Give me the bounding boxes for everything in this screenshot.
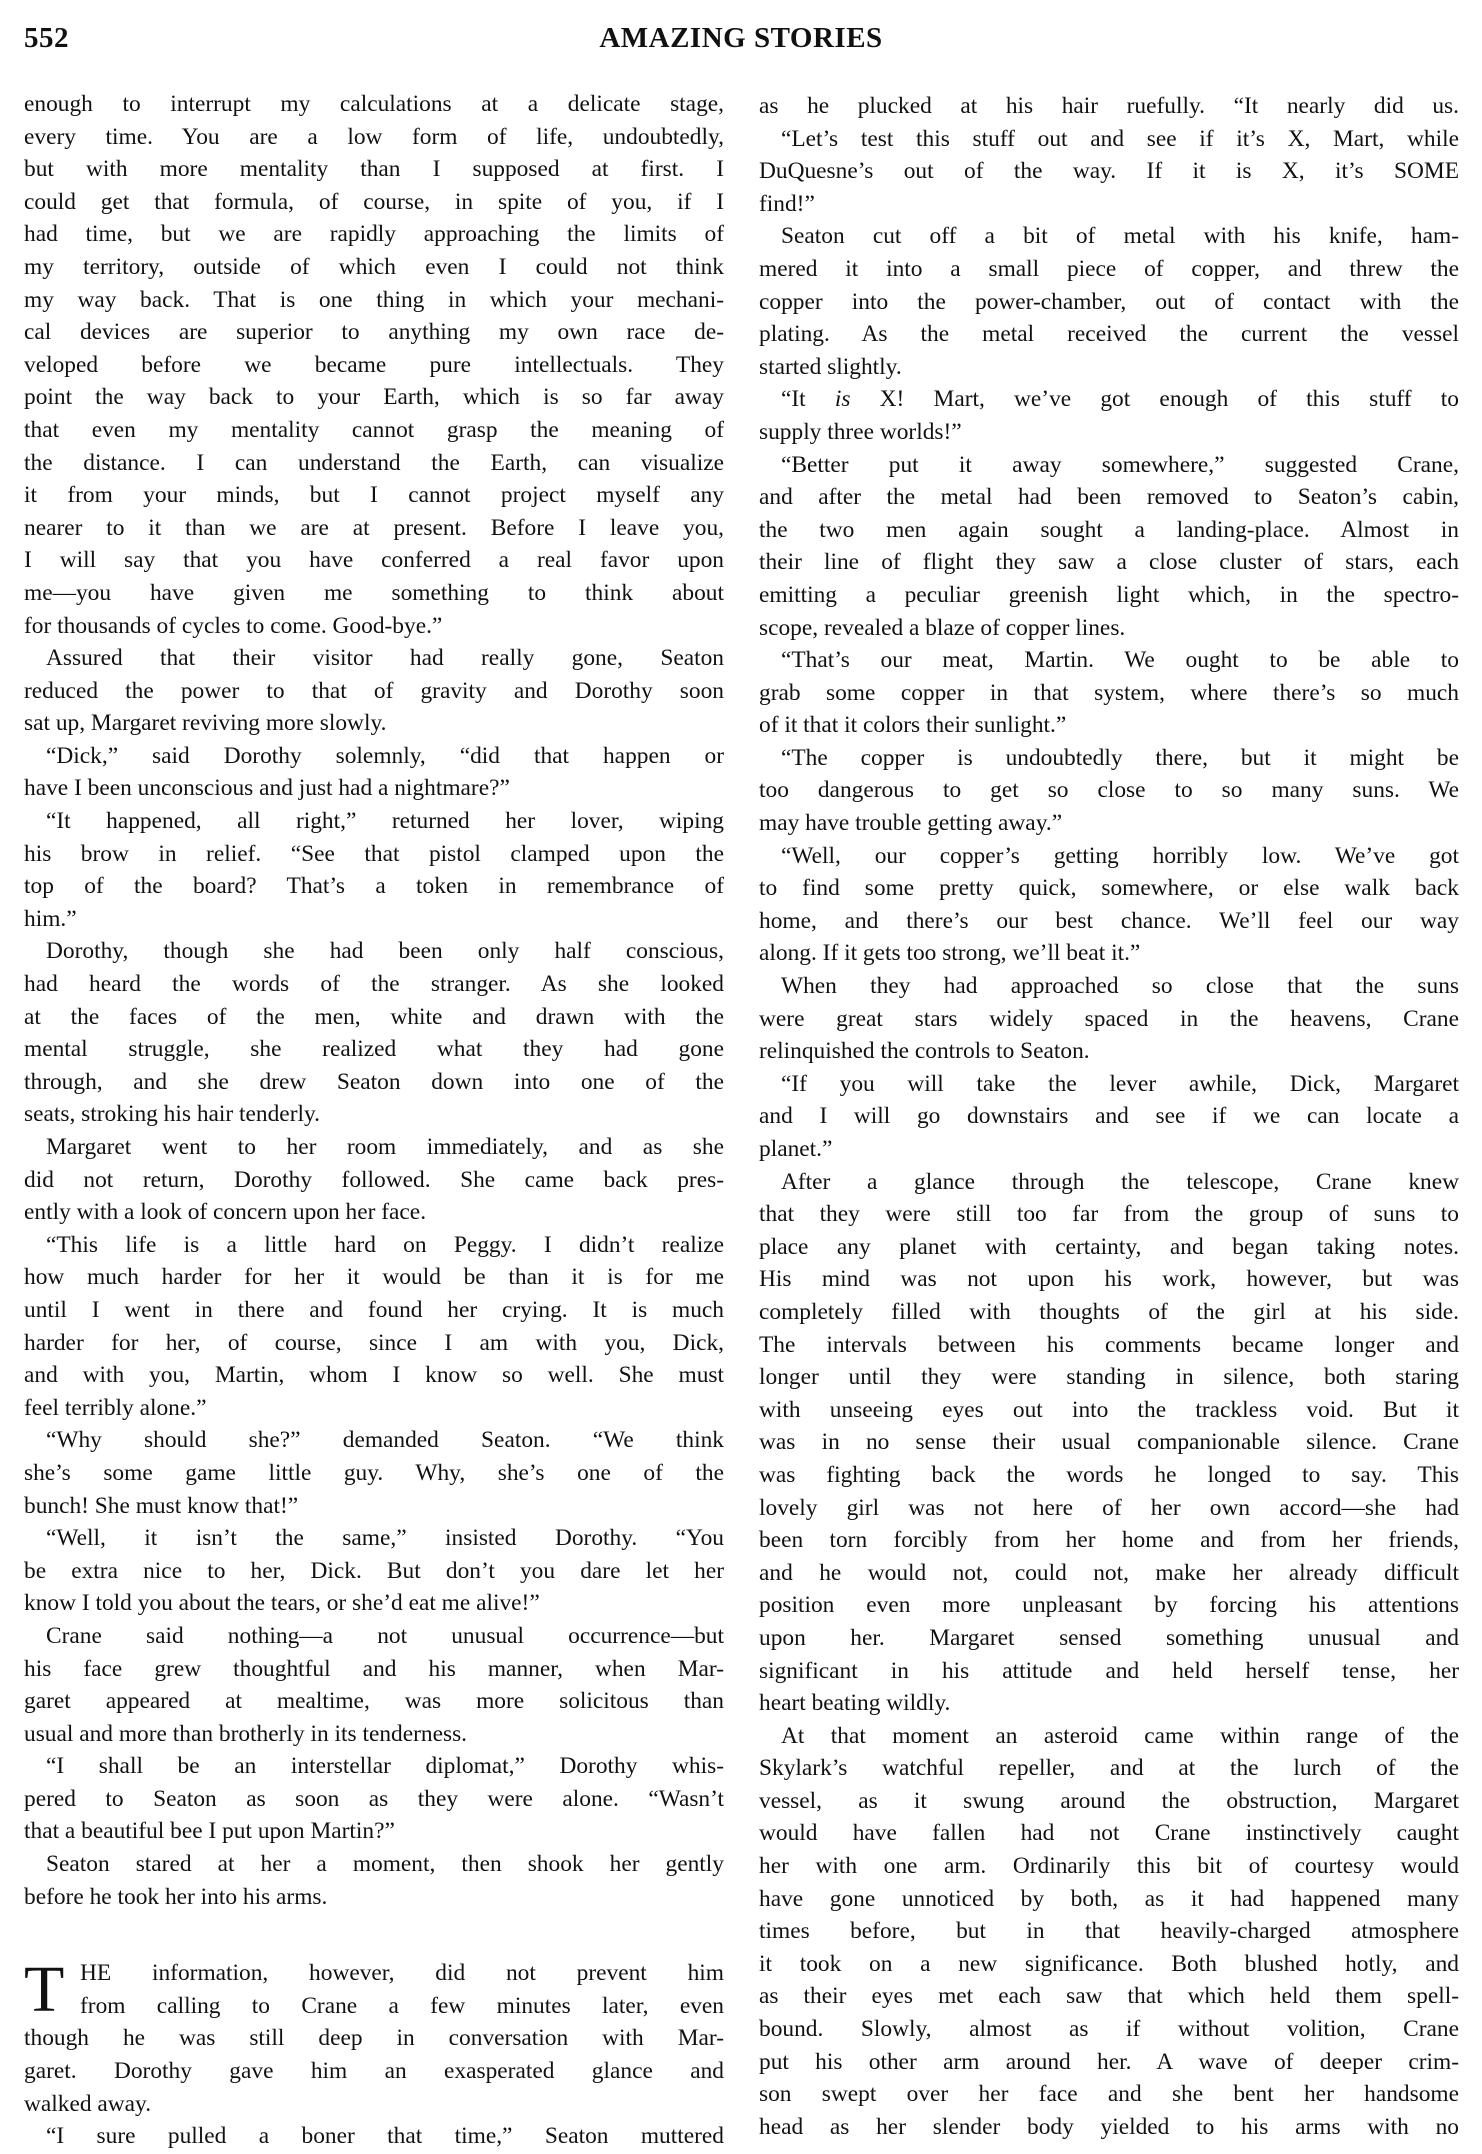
text-line: have I been unconscious and just had a n… bbox=[24, 772, 724, 805]
text-line: but with more mentality than I supposed … bbox=[24, 153, 724, 186]
text-line: head as her slender body yielded to his … bbox=[759, 2111, 1459, 2144]
text-line: His mind was not upon his work, however,… bbox=[759, 1263, 1459, 1296]
text-line: Skylark’s watchful repeller, and at the … bbox=[759, 1752, 1459, 1785]
text-line: HE information, however, did not prevent… bbox=[24, 1957, 724, 1990]
text-line: Margaret went to her room immediately, a… bbox=[24, 1131, 724, 1164]
text-line: cal devices are superior to anything my … bbox=[24, 316, 724, 349]
text-line: was fighting back the words he longed to… bbox=[759, 1459, 1459, 1492]
text-line: feel terribly alone.” bbox=[24, 1392, 724, 1425]
text-line: know I told you about the tears, or she’… bbox=[24, 1587, 724, 1620]
text-line: until I went in there and found her cryi… bbox=[24, 1294, 724, 1327]
text-line: had time, but we are rapidly approaching… bbox=[24, 218, 724, 251]
text-line: supply three worlds!” bbox=[759, 416, 1459, 449]
text-line: my territory, outside of which even I co… bbox=[24, 251, 724, 284]
text-line: how much harder for her it would be than… bbox=[24, 1261, 724, 1294]
text-line: she’s some game little guy. Why, she’s o… bbox=[24, 1457, 724, 1490]
text-line: find!” bbox=[759, 188, 1459, 221]
text-line: from calling to Crane a few minutes late… bbox=[24, 1990, 724, 2023]
left-column: enough to interrupt my calculations at a… bbox=[24, 88, 724, 2153]
text-line: completely filled with thoughts of the g… bbox=[759, 1296, 1459, 1329]
text-line: garet. Dorothy gave him an exasperated g… bbox=[24, 2055, 724, 2088]
drop-cap: T bbox=[24, 1961, 64, 2019]
text-line: At that moment an asteroid came within r… bbox=[759, 1720, 1459, 1753]
text-line: and I will go downstairs and see if we c… bbox=[759, 1100, 1459, 1133]
text-line: top of the board? That’s a token in reme… bbox=[24, 870, 724, 903]
section-gap bbox=[24, 1913, 724, 1957]
text-line: mered it into a small piece of copper, a… bbox=[759, 253, 1459, 286]
text-line: and he would not, could not, make her al… bbox=[759, 1557, 1459, 1590]
text-line: plating. As the metal received the curre… bbox=[759, 318, 1459, 351]
text-line: Seaton cut off a bit of metal with his k… bbox=[759, 220, 1459, 253]
text-line: “I sure pulled a boner that time,” Seato… bbox=[24, 2120, 724, 2153]
text-line: copper into the power-chamber, out of co… bbox=[759, 286, 1459, 319]
text-line: heart beating wildly. bbox=[759, 1687, 1459, 1720]
text-line: seats, stroking his hair tenderly. bbox=[24, 1098, 724, 1131]
text-line: grab some copper in that system, where t… bbox=[759, 677, 1459, 710]
text-line: After a glance through the telescope, Cr… bbox=[759, 1166, 1459, 1199]
right-column: as he plucked at his hair ruefully. “It … bbox=[759, 90, 1459, 2143]
text-line: “Let’s test this stuff out and see if it… bbox=[759, 123, 1459, 156]
text-line: son swept over her face and she bent her… bbox=[759, 2078, 1459, 2111]
text-line: that they were still too far from the gr… bbox=[759, 1198, 1459, 1231]
text-line: “If you will take the lever awhile, Dick… bbox=[759, 1068, 1459, 1101]
text-line: would have fallen had not Crane instinct… bbox=[759, 1817, 1459, 1850]
text-line: lovely girl was not here of her own acco… bbox=[759, 1492, 1459, 1525]
text-line: mental struggle, she realized what they … bbox=[24, 1033, 724, 1066]
text-line: though he was still deep in conversation… bbox=[24, 2022, 724, 2055]
text-line: started slightly. bbox=[759, 351, 1459, 384]
text-line: The intervals between his comments becam… bbox=[759, 1329, 1459, 1362]
text-line: relinquished the controls to Seaton. bbox=[759, 1035, 1459, 1068]
text-line: pered to Seaton as soon as they were alo… bbox=[24, 1783, 724, 1816]
text-line: Seaton stared at her a moment, then shoo… bbox=[24, 1848, 724, 1881]
text-line: the two men again sought a landing-place… bbox=[759, 514, 1459, 547]
text-line: did not return, Dorothy followed. She ca… bbox=[24, 1164, 724, 1197]
text-line: me—you have given me something to think … bbox=[24, 577, 724, 610]
text-line: nearer to it than we are at present. Bef… bbox=[24, 512, 724, 545]
text-line: planet.” bbox=[759, 1133, 1459, 1166]
text-line: his brow in relief. “See that pistol cla… bbox=[24, 838, 724, 871]
text-line: Assured that their visitor had really go… bbox=[24, 642, 724, 675]
text-line: of it that it colors their sunlight.” bbox=[759, 709, 1459, 742]
text-line: and with you, Martin, whom I know so wel… bbox=[24, 1359, 724, 1392]
text-line: “It happened, all right,” returned her l… bbox=[24, 805, 724, 838]
text-line: When they had approached so close that t… bbox=[759, 970, 1459, 1003]
text-line: veloped before we became pure intellectu… bbox=[24, 349, 724, 382]
magazine-title: AMAZING STORIES bbox=[24, 22, 1458, 55]
text-line: along. If it gets too strong, we’ll beat… bbox=[759, 937, 1459, 970]
text-line: DuQuesne’s out of the way. If it is X, i… bbox=[759, 155, 1459, 188]
text-line: garet appeared at mealtime, was more sol… bbox=[24, 1685, 724, 1718]
text-line: put his other arm around her. A wave of … bbox=[759, 2046, 1459, 2079]
text-line: “The copper is undoubtedly there, but it… bbox=[759, 742, 1459, 775]
text-line: sat up, Margaret reviving more slowly. bbox=[24, 707, 724, 740]
text-line: her with one arm. Ordinarily this bit of… bbox=[759, 1850, 1459, 1883]
text-line: that even my mentality cannot grasp the … bbox=[24, 414, 724, 447]
text-line: point the way back to your Earth, which … bbox=[24, 381, 724, 414]
text-line: “Dick,” said Dorothy solemnly, “did that… bbox=[24, 740, 724, 773]
text-line: Crane said nothing—a not unusual occurre… bbox=[24, 1620, 724, 1653]
text-line: their line of flight they saw a close cl… bbox=[759, 546, 1459, 579]
text-line: upon her. Margaret sensed something unus… bbox=[759, 1622, 1459, 1655]
text-line: were great stars widely spaced in the he… bbox=[759, 1003, 1459, 1036]
text-line: scope, revealed a blaze of copper lines. bbox=[759, 612, 1459, 645]
text-line: was in no sense their usual companionabl… bbox=[759, 1426, 1459, 1459]
text-line: “Well, our copper’s getting horribly low… bbox=[759, 840, 1459, 873]
text-line: Dorothy, though she had been only half c… bbox=[24, 935, 724, 968]
text-line: as he plucked at his hair ruefully. “It … bbox=[759, 90, 1459, 123]
text-line: significant in his attitude and held her… bbox=[759, 1655, 1459, 1688]
text-line: to find some pretty quick, somewhere, or… bbox=[759, 872, 1459, 905]
text-line: ently with a look of concern upon her fa… bbox=[24, 1196, 724, 1229]
text-line: my way back. That is one thing in which … bbox=[24, 284, 724, 317]
text-line: place any planet with certainty, and beg… bbox=[759, 1231, 1459, 1264]
running-header: 552 AMAZING STORIES bbox=[24, 10, 1458, 54]
text-line: bunch! She must know that!” bbox=[24, 1490, 724, 1523]
text-line: walked away. bbox=[24, 2088, 724, 2121]
text-line: position even more unpleasant by forcing… bbox=[759, 1589, 1459, 1622]
text-line: enough to interrupt my calculations at a… bbox=[24, 88, 724, 121]
text-line: “Well, it isn’t the same,” insisted Doro… bbox=[24, 1522, 724, 1555]
text-line: every time. You are a low form of life, … bbox=[24, 121, 724, 154]
text-line: it from your minds, but I cannot project… bbox=[24, 479, 724, 512]
text-line: vessel, as it swung around the obstructi… bbox=[759, 1785, 1459, 1818]
text-line: at the faces of the men, white and drawn… bbox=[24, 1001, 724, 1034]
text-line: “It is X! Mart, we’ve got enough of this… bbox=[759, 383, 1459, 416]
text-line: home, and there’s our best chance. We’ll… bbox=[759, 905, 1459, 938]
text-line: harder for her, of course, since I am wi… bbox=[24, 1327, 724, 1360]
text-line: longer until they were standing in silen… bbox=[759, 1361, 1459, 1394]
text-line: emitting a peculiar greenish light which… bbox=[759, 579, 1459, 612]
text-line: reduced the power to that of gravity and… bbox=[24, 675, 724, 708]
text-line: his face grew thoughtful and his manner,… bbox=[24, 1653, 724, 1686]
text-line: “I shall be an interstellar diplomat,” D… bbox=[24, 1750, 724, 1783]
text-line: with unseeing eyes out into the trackles… bbox=[759, 1394, 1459, 1427]
text-line: through, and she drew Seaton down into o… bbox=[24, 1066, 724, 1099]
text-line: could get that formula, of course, in sp… bbox=[24, 186, 724, 219]
text-line: too dangerous to get so close to so many… bbox=[759, 774, 1459, 807]
text-line: “Why should she?” demanded Seaton. “We t… bbox=[24, 1424, 724, 1457]
text-line: the distance. I can understand the Earth… bbox=[24, 447, 724, 480]
text-line: and after the metal had been removed to … bbox=[759, 481, 1459, 514]
text-line: as their eyes met each saw that which he… bbox=[759, 1980, 1459, 2013]
text-line: I will say that you have conferred a rea… bbox=[24, 544, 724, 577]
section-opening: THE information, however, did not preven… bbox=[24, 1957, 724, 2022]
text-line: him.” bbox=[24, 903, 724, 936]
text-line: that a beautiful bee I put upon Martin?” bbox=[24, 1815, 724, 1848]
text-line: for thousands of cycles to come. Good-by… bbox=[24, 610, 724, 643]
text-line: “This life is a little hard on Peggy. I … bbox=[24, 1229, 724, 1262]
text-line: usual and more than brotherly in its ten… bbox=[24, 1718, 724, 1751]
text-line: may have trouble getting away.” bbox=[759, 807, 1459, 840]
text-line: times before, but in that heavily-charge… bbox=[759, 1915, 1459, 1948]
text-line: bound. Slowly, almost as if without voli… bbox=[759, 2013, 1459, 2046]
text-line: “Better put it away somewhere,” suggeste… bbox=[759, 449, 1459, 482]
text-line: before he took her into his arms. bbox=[24, 1881, 724, 1914]
text-line: have gone unnoticed by both, as it had h… bbox=[759, 1883, 1459, 1916]
text-line: been torn forcibly from her home and fro… bbox=[759, 1524, 1459, 1557]
text-line: “That’s our meat, Martin. We ought to be… bbox=[759, 644, 1459, 677]
text-line: had heard the words of the stranger. As … bbox=[24, 968, 724, 1001]
text-line: it took on a new significance. Both blus… bbox=[759, 1948, 1459, 1981]
text-line: be extra nice to her, Dick. But don’t yo… bbox=[24, 1555, 724, 1588]
